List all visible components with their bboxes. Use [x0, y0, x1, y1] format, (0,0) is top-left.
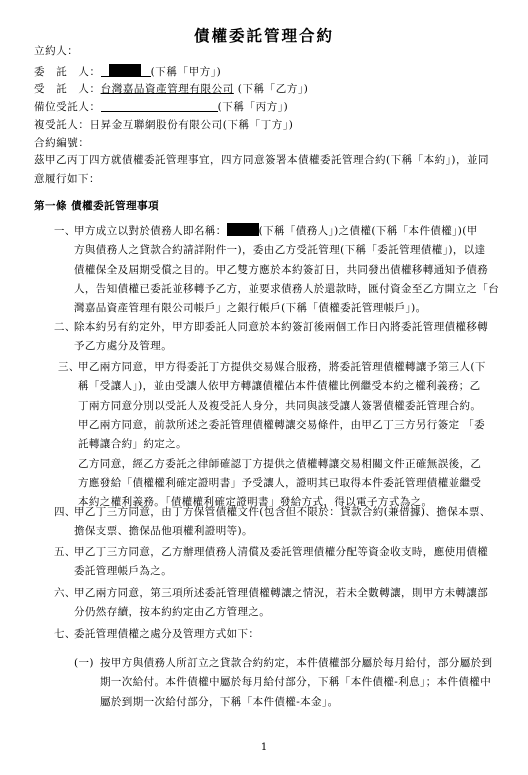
backup-trustee-label: 備位受託人： — [34, 101, 101, 113]
clause-text: 甲乙兩方同意，第三項所述委託管理債權轉讓之情況，若未全數轉讓，則甲方未轉讓部 — [74, 584, 488, 603]
page-number: 1 — [0, 742, 528, 753]
clause-text: 甲乙兩方同意，前款所述之委託管理債權轉讓交易條件，由甲乙丁三方另行簽定 「委 — [78, 416, 485, 435]
clause-text: 甲乙丁三方同意，由丁方保管債權文件(包含但不限於：貸款合約(兼借據)、擔保本票、 — [74, 503, 491, 522]
clause-text: 託轉讓合約」約定之。 — [78, 435, 187, 454]
preamble: 茲甲乙丙丁四方就債權委託管理事宜，四方同意簽署本債權委託管理合約(下稱「本約」)… — [34, 151, 489, 190]
principal-label: 委 託 人： — [34, 66, 101, 78]
clause-text: 甲乙丁三方同意，乙方辦理債務人清償及委託管理債權分配等資金收支時，應使用債權 — [74, 543, 488, 562]
backup-trustee-row: 備位受託人：(下稱「丙方」) — [34, 100, 288, 114]
clause-text: 分仍然存續，按本約約定由乙方管理之。 — [74, 603, 270, 622]
clause-number: 一、 — [54, 222, 76, 241]
sub-clause-text: 按甲方與債務人所訂立之貸款合約約定，本件債權部分屬於每月給付，部分屬於到 — [100, 654, 492, 673]
clause-text: 方應發給「債權權利確定證明書」予受讓人，證明其已取得本件委託管理債權並繼受 — [78, 474, 481, 493]
backup-trustee-suffix: (下稱「丙方」) — [218, 101, 289, 113]
principal-row: 委 託 人：(下稱「甲方」) — [34, 64, 221, 79]
clause-text: (下稱「債務人」)之債權(下稱「本件債權」)(甲 — [259, 225, 478, 237]
clause-text: 擔保支票、擔保品他項權利證明等)。 — [74, 522, 253, 541]
sub-trustee-row: 複受託人：日昇金互聯網股份有限公司(下稱「丁方」) — [34, 118, 293, 132]
page-title: 債權委託管理合約 — [0, 24, 528, 46]
clause-text: 甲乙兩方同意，甲方得委託丁方提供交易媒合服務，將委託管理債權轉讓予第三人(下 — [78, 358, 486, 377]
clause-text: 人，告知債權已委託並移轉予乙方，並要求債務人於還款時，匯付資金至乙方開立之「台 — [74, 280, 499, 299]
sub-clause-text: 屬於到期一次給付部分，下稱「本件債權-本金」。 — [100, 693, 339, 712]
backup-trustee-blank — [101, 100, 218, 112]
preamble-line: 茲甲乙丙丁四方就債權委託管理事宜，四方同意簽署本債權委託管理合約(下稱「本約」)… — [34, 151, 489, 170]
clause-number: 五、 — [54, 543, 76, 562]
parties-header: 立約人： — [34, 44, 78, 58]
trustee-row: 受 託 人：台灣嘉品資產管理有限公司 (下稱「乙方」) — [34, 82, 309, 96]
clause-text: 丁兩方同意分別以受託人及複受託人身分，共同與該受讓人簽署債權委託管理合約。 — [78, 397, 481, 416]
contract-number-label: 合約編號： — [34, 136, 90, 150]
clause-text: 委託管理債權之處分及管理方式如下： — [74, 625, 259, 644]
principal-suffix: (下稱「甲方」) — [151, 66, 222, 78]
clause-text: 乙方同意，經乙方委託之律師確認丁方提供之債權轉讓交易相關文件正確無誤後，乙 — [78, 455, 481, 474]
clause-text: 灣嘉品資產管理有限公司帳戶」之銀行帳戶(下稱「債權委託管理帳戶」)。 — [74, 299, 427, 318]
clause-number: 四、 — [54, 503, 76, 522]
sub-trustee-label: 複受託人： — [34, 119, 90, 131]
preamble-line: 意履行如下： — [34, 170, 489, 189]
clause-text: 債權保全及屆期受償之目的。甲乙雙方應於本約簽訂日，共同發出債權移轉通知予債務 — [74, 261, 488, 280]
trustee-name: 台灣嘉品資產管理有限公司 — [101, 83, 234, 95]
clause-number: 三、 — [58, 358, 80, 377]
principal-redacted-name — [109, 64, 141, 77]
clause-text: 除本約另有約定外，甲方即委託人同意於本約簽訂後兩個工作日內將委託管理債權移轉 — [74, 318, 488, 337]
trustee-suffix: (下稱「乙方」) — [234, 83, 309, 95]
trustee-label: 受 託 人： — [34, 83, 101, 95]
sub-clause-number: (一) — [74, 654, 94, 673]
clause-text: 委託管理帳戶為之。 — [74, 562, 172, 581]
principal-blank-left — [101, 65, 109, 77]
clause-text: 甲方成立以對於債務人即名稱： — [74, 225, 227, 237]
clause-number: 六、 — [54, 584, 76, 603]
clause-text: 稱「受讓人」)，並由受讓人依甲方轉讓債權佔本件債權比例繼受本約之權利義務；乙 — [78, 377, 481, 396]
clause-text: 方與債務人之貸款合約請詳附件一)，委由乙方受託管理(下稱「委託管理債權」)，以達 — [74, 241, 486, 260]
debtor-redacted-name — [227, 223, 259, 236]
sub-clause-text: 期一次給付。本件債權中屬於每月給付部分，下稱「本件債權-利息」；本件債權中 — [100, 673, 491, 692]
clause-number: 七、 — [54, 625, 76, 644]
clause-text: 予乙方處分及管理。 — [74, 337, 172, 356]
sub-trustee-text: 日昇金互聯網股份有限公司(下稱「丁方」) — [90, 119, 294, 131]
clause-number: 二、 — [54, 318, 76, 337]
article-heading: 第一條 債權委託管理事項 — [34, 198, 159, 213]
principal-blank-right — [141, 65, 151, 77]
